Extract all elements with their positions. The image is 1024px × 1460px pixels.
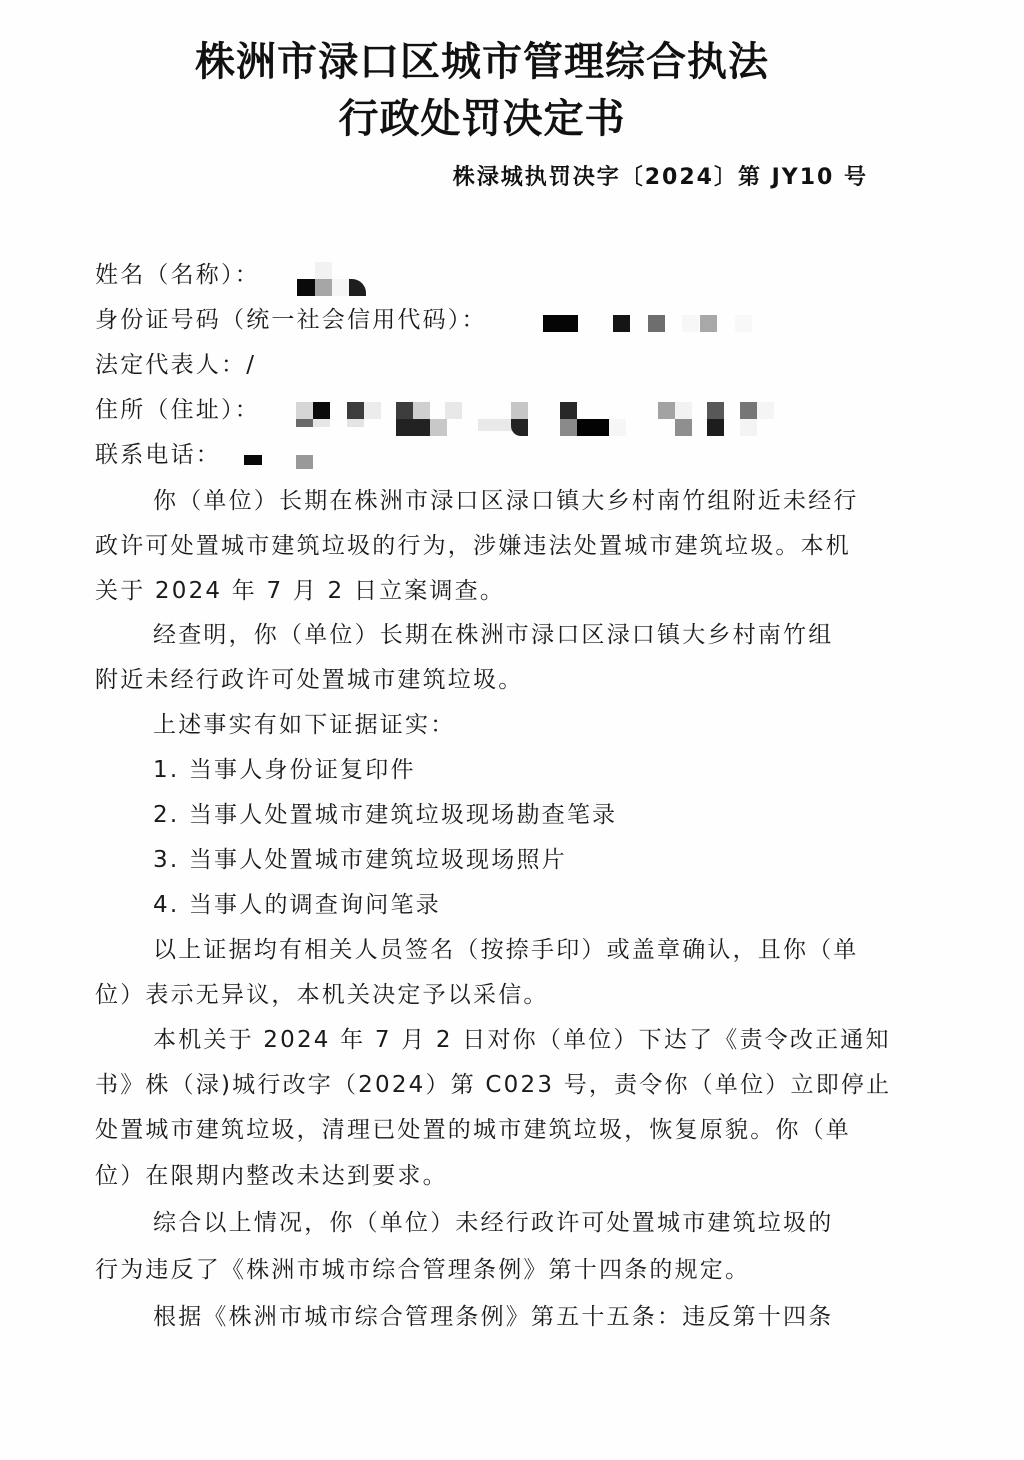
document-title-line1: 株洲市渌口区城市管理综合执法: [0, 38, 994, 86]
name-field: 姓名（名称）：: [95, 260, 260, 290]
paragraph-1-line-2: 政许可处置城市建筑垃圾的行为，涉嫌违法处置城市建筑垃圾。本机: [95, 531, 851, 561]
paragraph-4-line-4: 位）在限期内整改未达到要求。: [95, 1161, 448, 1191]
name-label: 姓名（名称）：: [95, 262, 260, 288]
paragraph-5-line-2: 行为违反了《株洲市城市综合管理条例》第十四条的规定。: [95, 1255, 750, 1285]
name-redaction: [297, 262, 377, 298]
paragraph-4-line-1: 本机关于 2024 年 7 月 2 日对你（单位）下达了《责令改正通知: [153, 1025, 891, 1055]
address-redaction: [296, 402, 816, 438]
paragraph-5-line-1: 综合以上情况，你（单位）未经行政许可处置城市建筑垃圾的: [153, 1208, 833, 1238]
evidence-item-1: 1. 当事人身份证复印件: [153, 755, 416, 785]
paragraph-6-line-1: 根据《株洲市城市综合管理条例》第五十五条：违反第十四条: [153, 1302, 833, 1332]
phone-field: 联系电话：: [95, 440, 221, 470]
evidence-intro: 上述事实有如下证据证实：: [153, 710, 455, 740]
paragraph-4-line-3: 处置城市建筑垃圾，清理已处置的城市建筑垃圾，恢复原貌。你（单: [95, 1115, 851, 1145]
document-page: 株洲市渌口区城市管理综合执法 行政处罚决定书 株渌城执罚决字〔2024〕第 JY…: [0, 0, 1024, 1460]
phone-redaction: [244, 453, 364, 469]
paragraph-1-line-3: 关于 2024 年 7 月 2 日立案调查。: [95, 576, 505, 606]
evidence-item-2: 2. 当事人处置城市建筑垃圾现场勘查笔录: [153, 800, 617, 830]
document-number: 株渌城执罚决字〔2024〕第 JY10 号: [453, 160, 868, 191]
legal-rep-field: 法定代表人：/: [95, 350, 256, 380]
legal-rep-label: 法定代表人：: [95, 352, 246, 378]
id-redaction: [540, 315, 780, 333]
paragraph-3-line-1: 以上证据均有相关人员签名（按捺手印）或盖章确认，且你（单: [153, 935, 859, 965]
paragraph-1-line-1: 你（单位）长期在株洲市渌口区渌口镇大乡村南竹组附近未经行: [153, 486, 859, 516]
paragraph-3-line-2: 位）表示无异议，本机关决定予以采信。: [95, 980, 549, 1010]
id-field: 身份证号码（统一社会信用代码）：: [95, 305, 487, 335]
paragraph-4-line-2: 书》株（渌)城行改字（2024）第 C023 号，责令你（单位）立即停止: [95, 1070, 891, 1100]
evidence-item-3: 3. 当事人处置城市建筑垃圾现场照片: [153, 845, 567, 875]
address-label: 住所（住址）：: [95, 397, 260, 423]
phone-label: 联系电话：: [95, 442, 221, 468]
address-field: 住所（住址）：: [95, 395, 260, 425]
id-label: 身份证号码（统一社会信用代码）：: [95, 307, 487, 333]
document-title-line2: 行政处罚决定书: [0, 95, 994, 143]
legal-rep-value: /: [246, 352, 256, 378]
paragraph-2-line-1: 经查明，你（单位）长期在株洲市渌口区渌口镇大乡村南竹组: [153, 620, 833, 650]
evidence-item-4: 4. 当事人的调查询问笔录: [153, 890, 441, 920]
paragraph-2-line-2: 附近未经行政许可处置城市建筑垃圾。: [95, 665, 523, 695]
